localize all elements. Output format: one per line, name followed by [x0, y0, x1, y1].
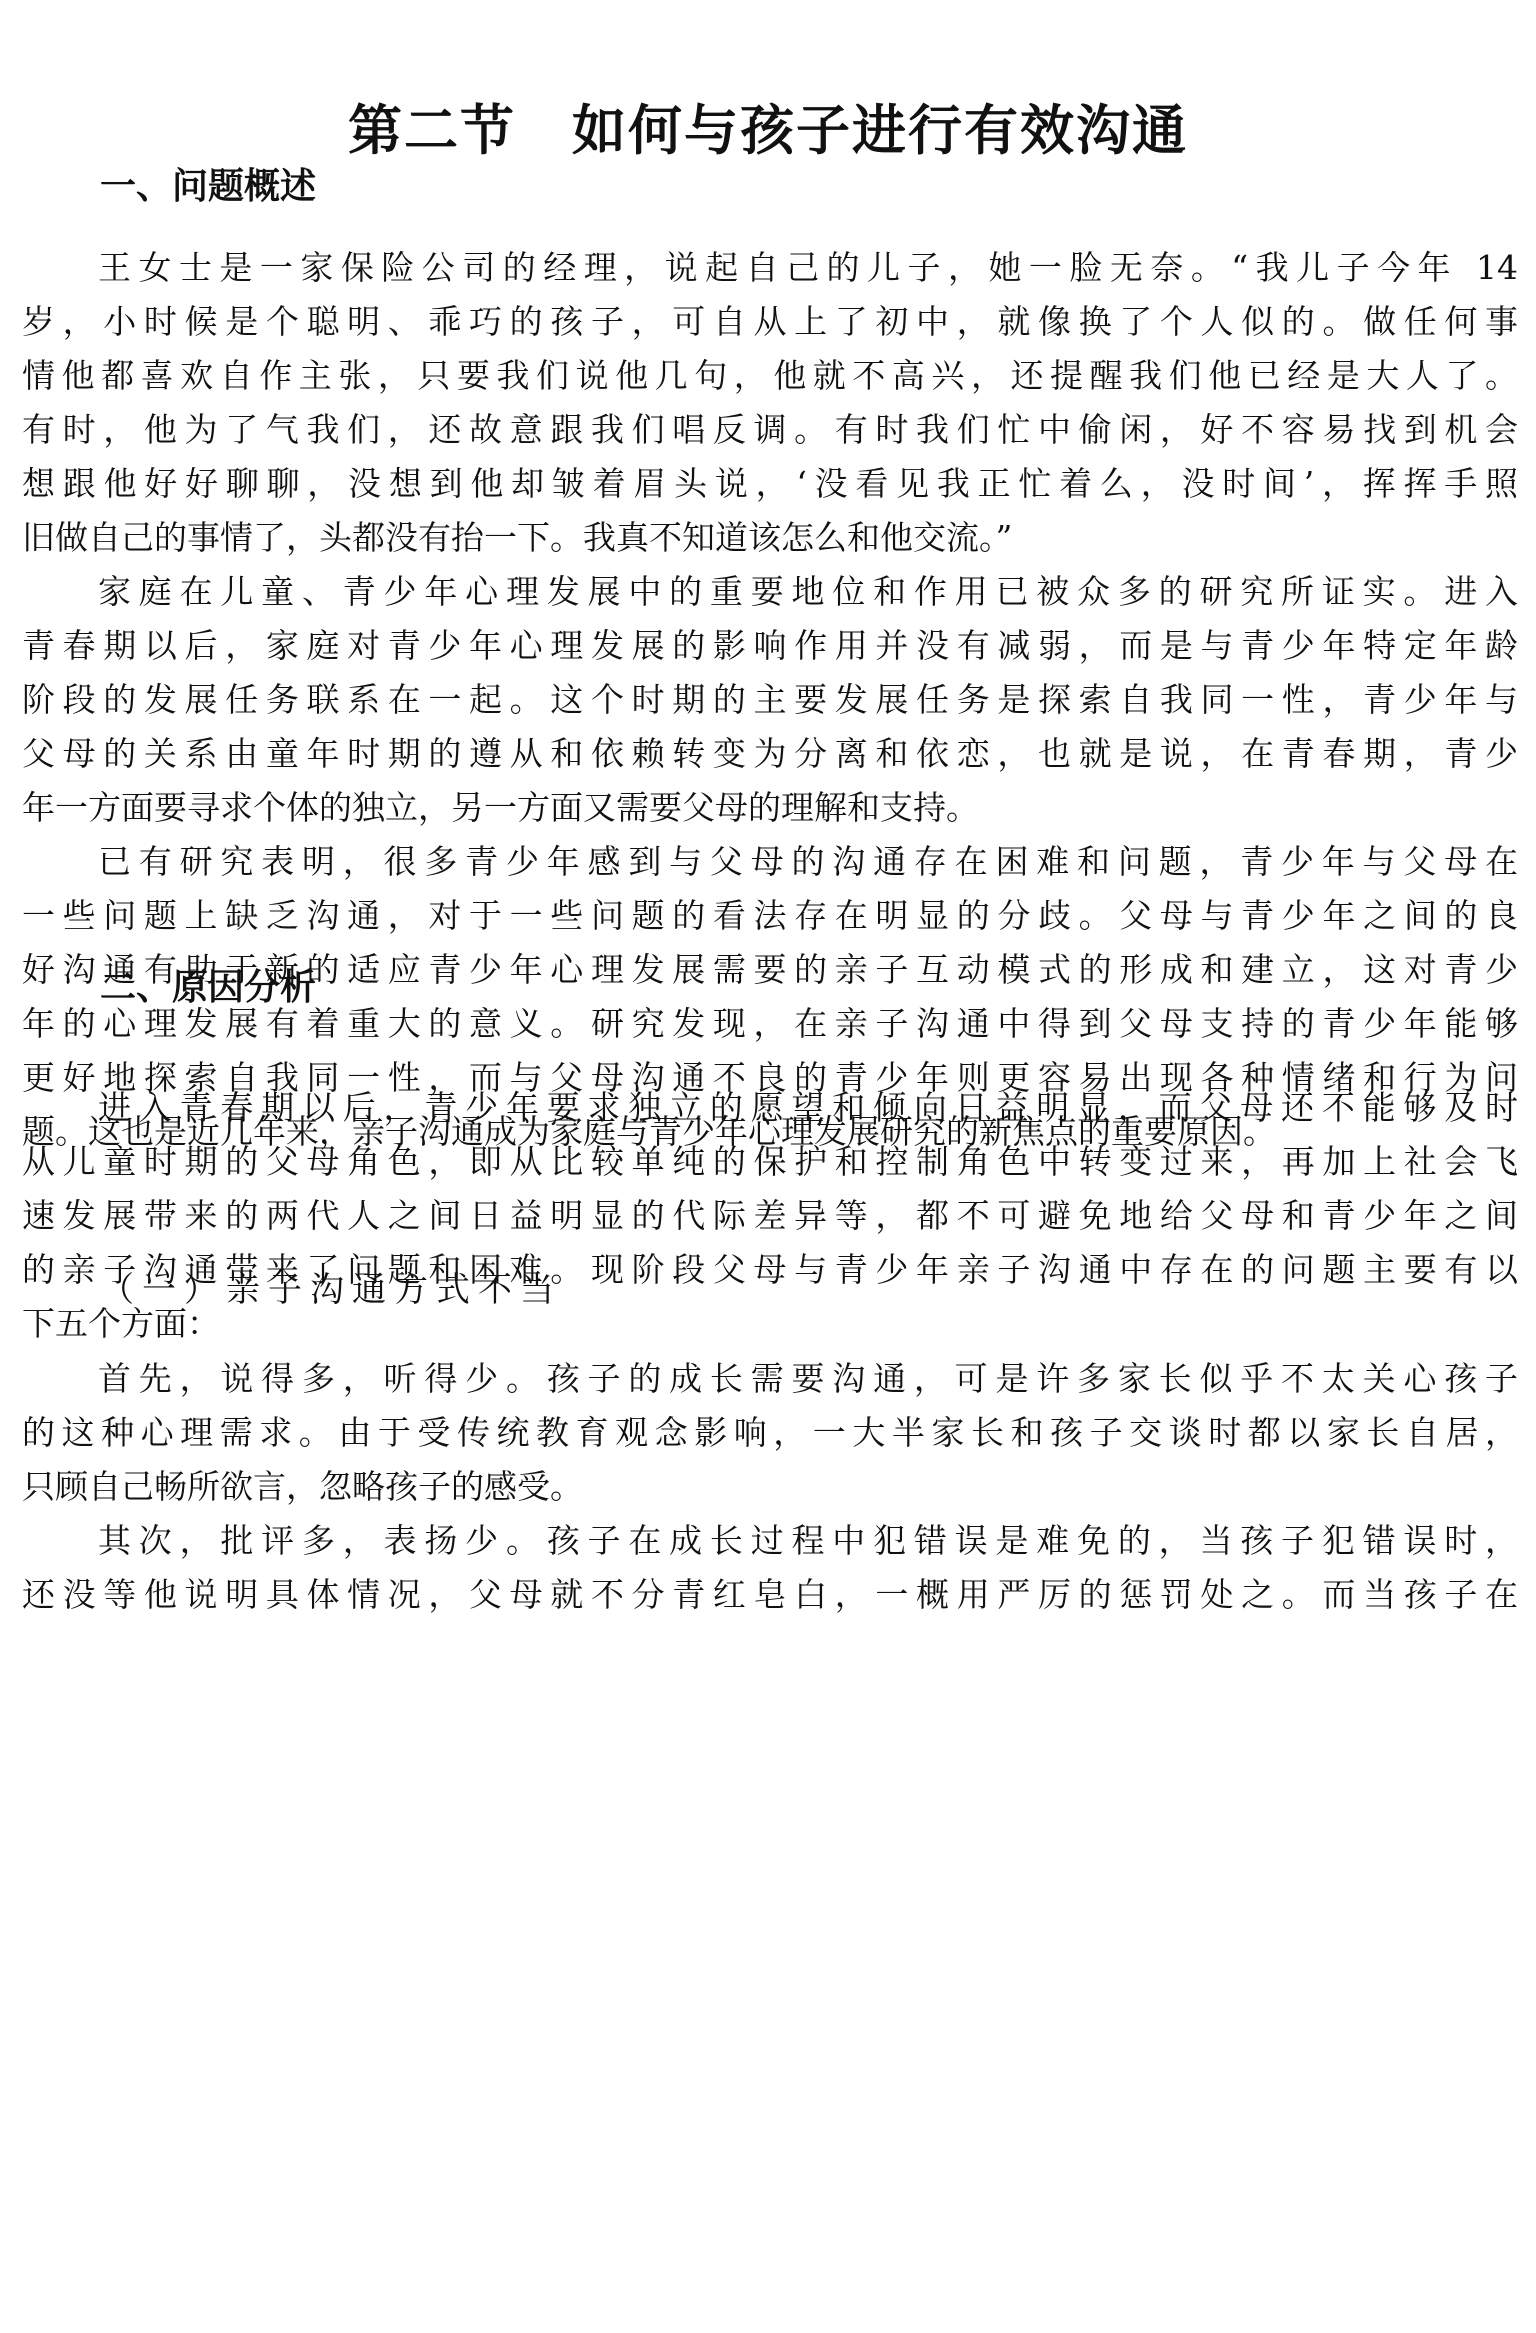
- text-line: 还没等他说明具体情况，父母就不分青红皂白，一概用严厉的惩罚处之。而当孩子在: [22, 1568, 1518, 1622]
- paragraph-criticize-more-praise-less: 其次，批评多，表扬少。孩子在成长过程中犯错误是难免的，当孩子犯错误时， 还没等他…: [22, 1514, 1518, 1622]
- text-line: 父母的关系由童年时期的遵从和依赖转变为分离和依恋，也就是说，在青春期，青少: [22, 727, 1518, 781]
- text-line: 家庭在儿童、青少年心理发展中的重要地位和作用已被众多的研究所证实。进入: [22, 565, 1518, 619]
- text-line: 首先，说得多，听得少。孩子的成长需要沟通，可是许多家长似乎不太关心孩子: [22, 1352, 1518, 1406]
- text-line: 只顾自己畅所欲言，忽略孩子的感受。: [22, 1460, 1518, 1514]
- text-line: 有时，他为了气我们，还故意跟我们唱反调。有时我们忙中偷闲，好不容易找到机会: [22, 403, 1518, 457]
- paragraph-case-story: 王女士是一家保险公司的经理，说起自己的儿子，她一脸无奈。“我儿子今年 14 岁，…: [22, 241, 1518, 565]
- text-line: 岁，小时候是个聪明、乖巧的孩子，可自从上了初中，就像换了个人似的。做任何事: [22, 295, 1518, 349]
- chapter-title: 第二节如何与孩子进行有效沟通: [0, 92, 1536, 168]
- section-heading-cause-analysis: 二、原因分析: [100, 963, 316, 1013]
- text-line: 年一方面要寻求个体的独立，另一方面又需要父母的理解和支持。: [22, 781, 1518, 835]
- text-line: 的这种心理需求。由于受传统教育观念影响，一大半家长和孩子交谈时都以家长自居，: [22, 1406, 1518, 1460]
- subsection-heading-improper-methods: （一）亲子沟通方式不当: [100, 1265, 562, 1315]
- text-line: 旧做自己的事情了，头都没有抬一下。我真不知道该怎么和他交流。”: [22, 511, 1518, 565]
- text-line: 从儿童时期的父母角色，即从比较单纯的保护和控制角色中转变过来，再加上社会飞: [22, 1135, 1518, 1189]
- text-line: 其次，批评多，表扬少。孩子在成长过程中犯错误是难免的，当孩子犯错误时，: [22, 1514, 1518, 1568]
- text-line: 阶段的发展任务联系在一起。这个时期的主要发展任务是探索自我同一性，青少年与: [22, 673, 1518, 727]
- text-line: 进入青春期以后，青少年要求独立的愿望和倾向日益明显，而父母还不能够及时: [22, 1081, 1518, 1135]
- text-line: 速发展带来的两代人之间日益明显的代际差异等，都不可避免地给父母和青少年之间: [22, 1189, 1518, 1243]
- text-line: 已有研究表明，很多青少年感到与父母的沟通存在困难和问题，青少年与父母在: [22, 835, 1518, 889]
- section-number: 第二节: [348, 98, 516, 162]
- paragraph-family-role: 家庭在儿童、青少年心理发展中的重要地位和作用已被众多的研究所证实。进入 青春期以…: [22, 565, 1518, 835]
- text-line: 青春期以后，家庭对青少年心理发展的影响作用并没有减弱，而是与青少年特定年龄: [22, 619, 1518, 673]
- paragraph-talk-more-listen-less: 首先，说得多，听得少。孩子的成长需要沟通，可是许多家长似乎不太关心孩子 的这种心…: [22, 1352, 1518, 1514]
- text-line: 想跟他好好聊聊，没想到他却皱着眉头说，‘没看见我正忙着么，没时间’，挥挥手照: [22, 457, 1518, 511]
- text-line: 一些问题上缺乏沟通，对于一些问题的看法存在明显的分歧。父母与青少年之间的良: [22, 889, 1518, 943]
- section-title-text: 如何与孩子进行有效沟通: [572, 98, 1188, 162]
- text-line: 王女士是一家保险公司的经理，说起自己的儿子，她一脸无奈。“我儿子今年 14: [22, 241, 1518, 295]
- section-heading-overview: 一、问题概述: [100, 162, 316, 212]
- document-page: 第二节如何与孩子进行有效沟通 一、问题概述 王女士是一家保险公司的经理，说起自己…: [0, 0, 1536, 2333]
- text-line: 情他都喜欢自作主张，只要我们说他几句，他就不高兴，还提醒我们他已经是大人了。: [22, 349, 1518, 403]
